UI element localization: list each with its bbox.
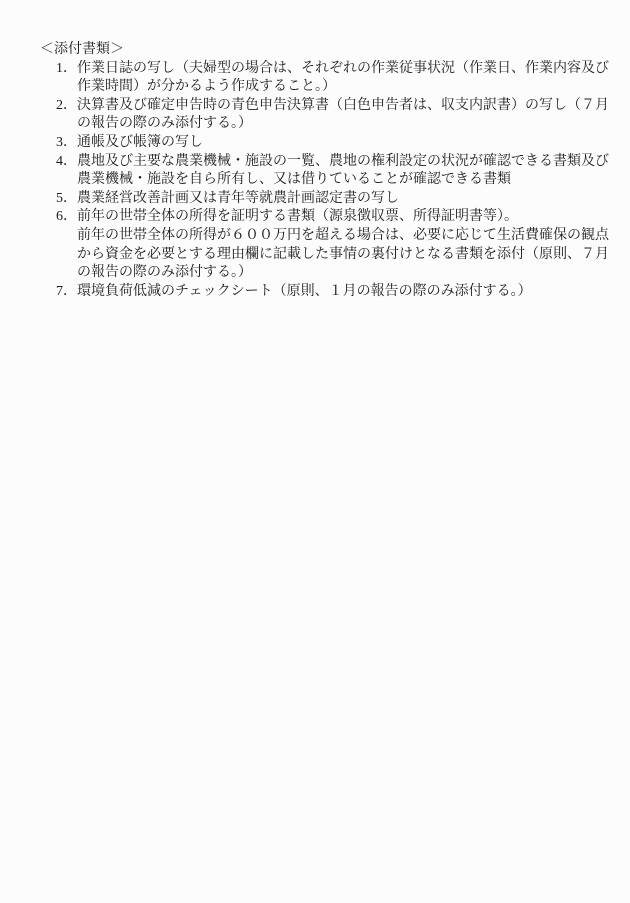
item-text: 決算書及び確定申告時の青色申告決算書（白色申告者は、収支内訳書）の写し（７月の報… <box>77 97 606 134</box>
list-item: 6．前年の世帯全体の所得を証明する書類（源泉徴収票、所得証明書等）。前年の世帯全… <box>56 208 606 282</box>
item-text: 通帳及び帳簿の写し <box>77 134 606 153</box>
item-number: 5． <box>56 190 77 209</box>
list-item: 1．作業日誌の写し（夫婦型の場合は、それぞれの作業従事状況（作業日、作業内容及び… <box>56 60 606 97</box>
text-line: 農業経営改善計画又は青年等就農計画認定書の写し <box>77 190 606 209</box>
item-number: 4． <box>56 153 77 190</box>
item-text: 前年の世帯全体の所得を証明する書類（源泉徴収票、所得証明書等）。前年の世帯全体の… <box>77 208 606 282</box>
text-line: 農業機械・施設を自ら所有し、又は借りていることが確認できる書類 <box>77 171 606 190</box>
text-line: 作業時間）が分かるよう作成すること。） <box>77 78 606 97</box>
item-number: 2． <box>56 97 77 134</box>
text-line: の報告の際のみ添付する。） <box>77 264 606 283</box>
list-item: 4．農地及び主要な農業機械・施設の一覧、農地の権利設定の状況が確認できる書類及び… <box>56 153 606 190</box>
attachment-list: 1．作業日誌の写し（夫婦型の場合は、それぞれの作業従事状況（作業日、作業内容及び… <box>40 60 606 302</box>
item-number: 6． <box>56 208 77 282</box>
item-text: 環境負荷低減のチェックシート（原則、１月の報告の際のみ添付する。） <box>77 283 606 302</box>
text-line: 作業日誌の写し（夫婦型の場合は、それぞれの作業従事状況（作業日、作業内容及び <box>77 60 606 79</box>
item-text: 農業経営改善計画又は青年等就農計画認定書の写し <box>77 190 606 209</box>
list-item: 5．農業経営改善計画又は青年等就農計画認定書の写し <box>56 190 606 209</box>
list-item: 7．環境負荷低減のチェックシート（原則、１月の報告の際のみ添付する。） <box>56 283 606 302</box>
item-text: 農地及び主要な農業機械・施設の一覧、農地の権利設定の状況が確認できる書類及び農業… <box>77 153 606 190</box>
text-line: 環境負荷低減のチェックシート（原則、１月の報告の際のみ添付する。） <box>77 283 606 302</box>
attachment-document: ＜添付書類＞ 1．作業日誌の写し（夫婦型の場合は、それぞれの作業従事状況（作業日… <box>40 41 606 301</box>
text-line: 前年の世帯全体の所得が６００万円を超える場合は、必要に応じて生活費確保の観点 <box>77 227 606 246</box>
item-text: 作業日誌の写し（夫婦型の場合は、それぞれの作業従事状況（作業日、作業内容及び作業… <box>77 60 606 97</box>
item-number: 1． <box>56 60 77 97</box>
text-line: 前年の世帯全体の所得を証明する書類（源泉徴収票、所得証明書等）。 <box>77 208 606 227</box>
text-line: 農地及び主要な農業機械・施設の一覧、農地の権利設定の状況が確認できる書類及び <box>77 153 606 172</box>
item-number: 7． <box>56 283 77 302</box>
document-title: ＜添付書類＞ <box>40 41 606 60</box>
text-line: の報告の際のみ添付する。） <box>77 115 606 134</box>
text-line: 通帳及び帳簿の写し <box>77 134 606 153</box>
text-line: から資金を必要とする理由欄に記載した事情の裏付けとなる書類を添付（原則、７月 <box>77 246 606 265</box>
list-item: 2．決算書及び確定申告時の青色申告決算書（白色申告者は、収支内訳書）の写し（７月… <box>56 97 606 134</box>
list-item: 3．通帳及び帳簿の写し <box>56 134 606 153</box>
text-line: 決算書及び確定申告時の青色申告決算書（白色申告者は、収支内訳書）の写し（７月 <box>77 97 606 116</box>
item-number: 3． <box>56 134 77 153</box>
